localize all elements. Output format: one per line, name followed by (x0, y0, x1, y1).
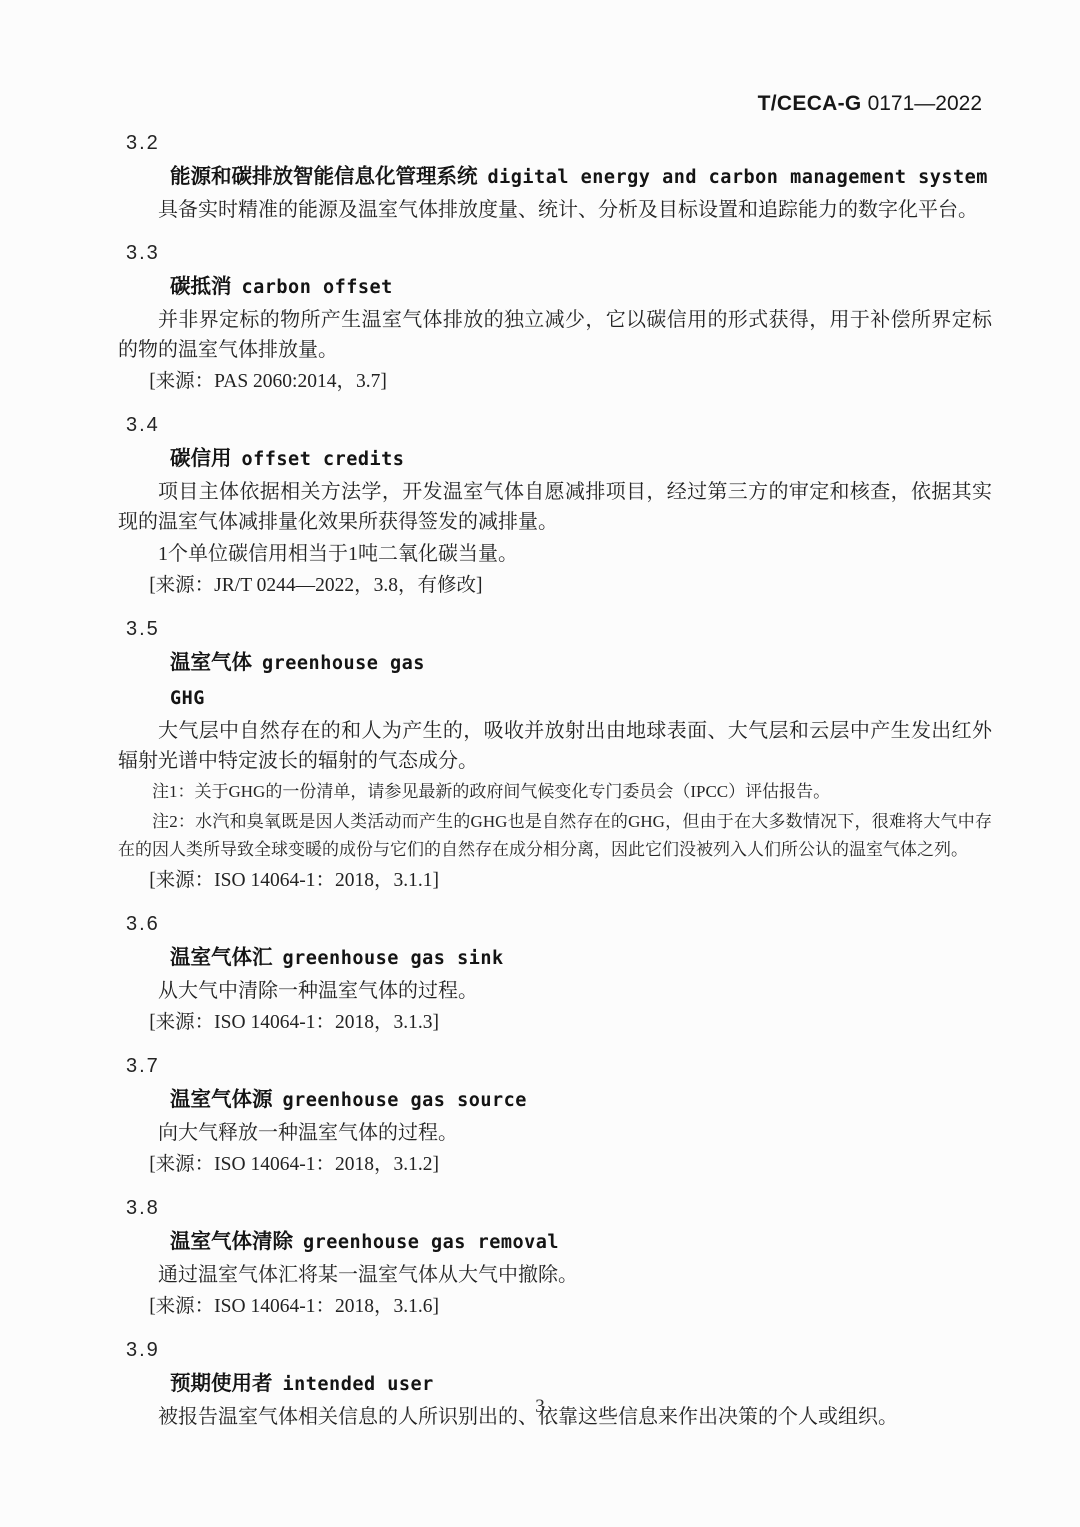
definition-paragraph: 向大气释放一种温室气体的过程。 (118, 1118, 992, 1148)
term-zh: 预期使用者 (170, 1372, 273, 1395)
sections-container: 3.2能源和碳排放智能信息化管理系统digital energy and car… (118, 128, 992, 1432)
term-zh: 碳抵消 (170, 275, 232, 298)
source-citation: [来源：ISO 14064-1：2018，3.1.6] (118, 1292, 992, 1322)
term-line: 能源和碳排放智能信息化管理系统digital energy and carbon… (170, 162, 992, 193)
term-zh: 温室气体清除 (170, 1230, 293, 1253)
term-section: 3.8温室气体清除greenhouse gas removal通过温室气体汇将某… (118, 1193, 992, 1322)
section-number: 3.2 (126, 128, 992, 158)
definition-paragraph: 通过温室气体汇将某一温室气体从大气中撤除。 (118, 1260, 992, 1290)
section-number: 3.3 (126, 238, 992, 268)
term-zh: 温室气体 (170, 651, 252, 674)
term-en: intended user (283, 1374, 434, 1395)
term-en: greenhouse gas (262, 653, 425, 674)
term-line: 温室气体greenhouse gas (170, 648, 992, 679)
standard-code-number: 0171—2022 (868, 92, 982, 115)
term-line: 碳抵消carbon offset (170, 272, 992, 303)
source-citation: [来源：ISO 14064-1：2018，3.1.1] (118, 866, 992, 896)
definition-paragraph: 从大气中清除一种温室气体的过程。 (118, 976, 992, 1006)
section-number: 3.9 (126, 1335, 992, 1365)
term-en: greenhouse gas removal (303, 1232, 559, 1253)
definition-paragraph: 1个单位碳信用相当于1吨二氧化碳当量。 (118, 539, 992, 569)
document-page: T/CECA-G0171—2022 3.2能源和碳排放智能信息化管理系统digi… (0, 0, 1080, 1527)
term-zh: 温室气体汇 (170, 946, 273, 969)
term-line: 温室气体清除greenhouse gas removal (170, 1227, 992, 1258)
term-line: 温室气体汇greenhouse gas sink (170, 943, 992, 974)
term-line: GHG (170, 683, 992, 714)
source-citation: [来源：ISO 14064-1：2018，3.1.3] (118, 1008, 992, 1038)
page-number: 3 (0, 1396, 1080, 1418)
section-number: 3.6 (126, 909, 992, 939)
term-section: 3.3碳抵消carbon offset并非界定标的物所产生温室气体排放的独立减少… (118, 238, 992, 397)
term-zh: 温室气体源 (170, 1088, 273, 1111)
term-en: greenhouse gas source (283, 1090, 527, 1111)
term-line: 温室气体源greenhouse gas source (170, 1085, 992, 1116)
definition-paragraph: 并非界定标的物所产生温室气体排放的独立减少，它以碳信用的形式获得，用于补偿所界定… (118, 305, 992, 365)
term-section: 3.5温室气体greenhouse gasGHG大气层中自然存在的和人为产生的，… (118, 614, 992, 896)
term-en: offset credits (242, 449, 405, 470)
source-citation: [来源：ISO 14064-1：2018，3.1.2] (118, 1150, 992, 1180)
term-zh: 碳信用 (170, 447, 232, 470)
source-citation: [来源：JR/T 0244—2022，3.8，有修改] (118, 571, 992, 601)
term-section: 3.7温室气体源greenhouse gas source向大气释放一种温室气体… (118, 1051, 992, 1180)
term-zh: 能源和碳排放智能信息化管理系统 (170, 165, 478, 188)
standard-code-header: T/CECA-G0171—2022 (758, 92, 982, 116)
definition-paragraph: 具备实时精准的能源及温室气体排放度量、统计、分析及目标设置和追踪能力的数字化平台… (118, 195, 992, 225)
term-section: 3.2能源和碳排放智能信息化管理系统digital energy and car… (118, 128, 992, 225)
note-paragraph: 注1：关于GHG的一份清单，请参见最新的政府间气候变化专门委员会（IPCC）评估… (118, 778, 992, 806)
term-en: GHG (170, 688, 205, 709)
term-en: greenhouse gas sink (283, 948, 504, 969)
note-paragraph: 注2：水汽和臭氧既是因人类活动而产生的GHG也是自然存在的GHG，但由于在大多数… (118, 808, 992, 864)
section-number: 3.7 (126, 1051, 992, 1081)
standard-code-prefix: T/CECA-G (758, 92, 862, 115)
term-en: digital energy and carbon management sys… (488, 167, 988, 188)
source-citation: [来源：PAS 2060:2014，3.7] (118, 367, 992, 397)
term-section: 3.6温室气体汇greenhouse gas sink从大气中清除一种温室气体的… (118, 909, 992, 1038)
definition-paragraph: 项目主体依据相关方法学，开发温室气体自愿减排项目，经过第三方的审定和核查，依据其… (118, 477, 992, 537)
section-number: 3.8 (126, 1193, 992, 1223)
definition-paragraph: 大气层中自然存在的和人为产生的，吸收并放射出由地球表面、大气层和云层中产生发出红… (118, 716, 992, 776)
section-number: 3.4 (126, 410, 992, 440)
term-en: carbon offset (242, 277, 393, 298)
section-number: 3.5 (126, 614, 992, 644)
term-line: 碳信用offset credits (170, 444, 992, 475)
term-section: 3.4碳信用offset credits项目主体依据相关方法学，开发温室气体自愿… (118, 410, 992, 601)
